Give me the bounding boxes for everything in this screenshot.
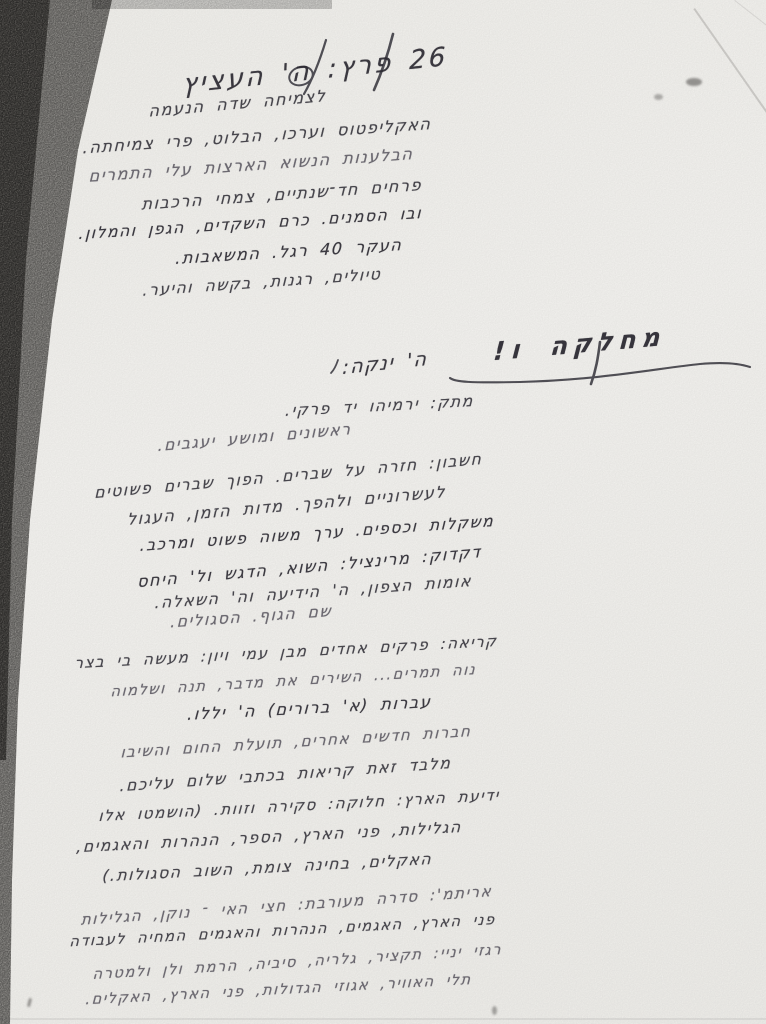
handwritten-line: ראשונים ומושע יעגבים.	[158, 420, 352, 455]
ink-speck	[492, 1006, 497, 1015]
handwritten-line: עברות (א' ברורים) ה' יללו.	[187, 692, 433, 724]
handwritten-line: האקלים, בחינה צומת, השוב הסגולות.)	[102, 850, 433, 885]
section-heading: מחלקה ו!	[493, 322, 667, 366]
handwritten-line: טיולים, רגנות, בקשה והיער.	[143, 265, 383, 300]
pencil-smudge	[654, 94, 663, 100]
corner-fold-line	[734, 0, 766, 44]
handwritten-line: מלבד זאת קריאות בכתבי שלום עליכם.	[120, 754, 453, 795]
scan-edge-shadow-dark	[0, 0, 60, 760]
corner-crease-line	[694, 8, 766, 115]
handwritten-line: מתק: ירמיהו יד פרקי.	[285, 392, 475, 420]
scanner-edge-line	[0, 1018, 766, 1020]
section-subheading: ה' ינקה:	[342, 348, 428, 379]
subheading-comma-stroke	[331, 360, 338, 373]
handwritten-line: העקר 40 רגל. המשאבות.	[174, 235, 402, 268]
top-edge-noise	[112, 0, 312, 8]
scanned-document-page: 26 פרץ: ה' העציץ לצמיחה שדה הנעמה האקליפ…	[0, 0, 766, 1024]
pencil-smudge	[686, 78, 702, 86]
ink-speck	[27, 998, 32, 1007]
